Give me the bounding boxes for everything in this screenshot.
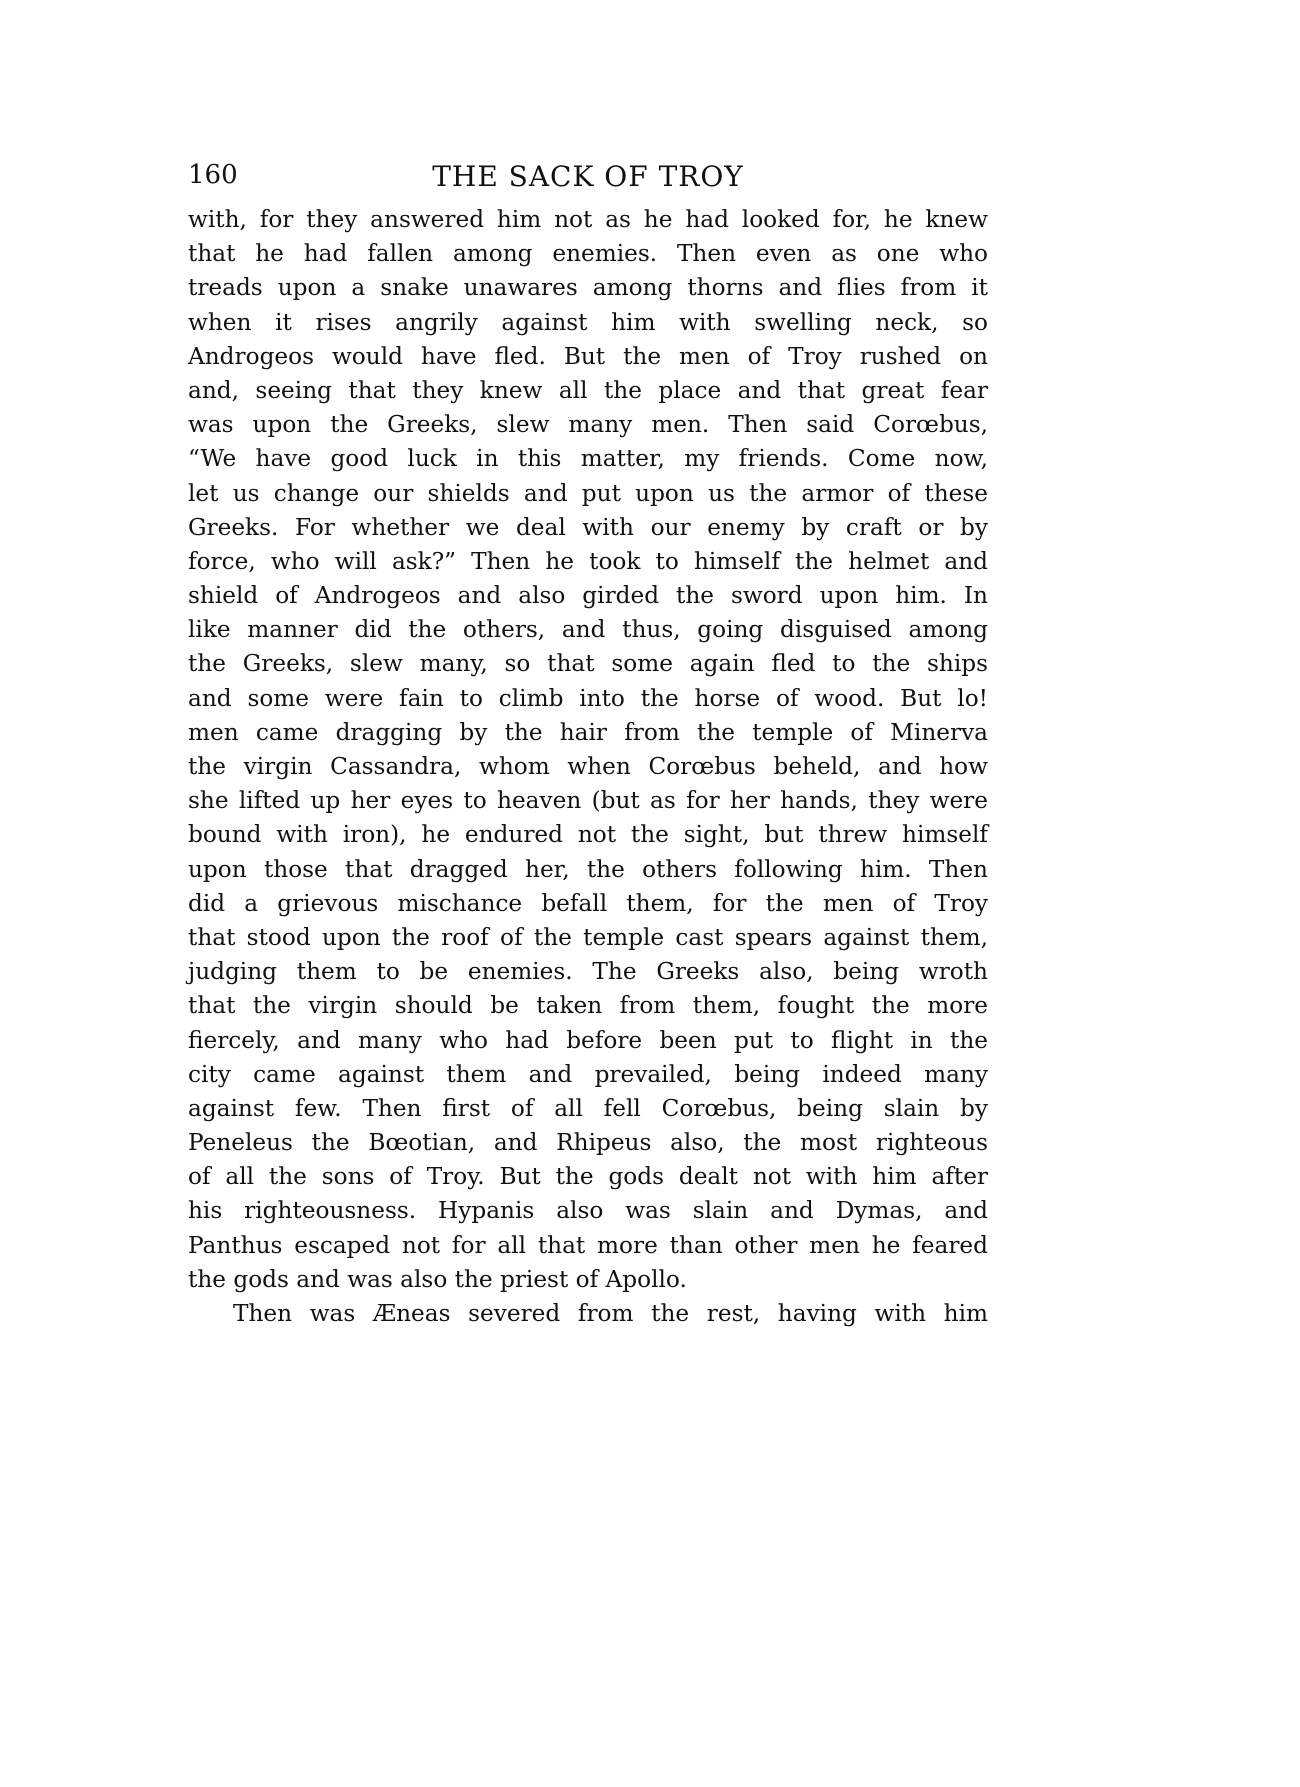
text-line: the Greeks, slew many, so that some agai… <box>188 647 988 681</box>
text-line: when it rises angrily against him with s… <box>188 306 988 340</box>
text-line: did a grievous mischance befall them, fo… <box>188 887 988 921</box>
text-line: his righteousness. Hypanis also was slai… <box>188 1194 988 1228</box>
text-line: like manner did the others, and thus, go… <box>188 613 988 647</box>
text-line: of all the sons of Troy. But the gods de… <box>188 1160 988 1194</box>
text-line: men came dragging by the hair from the t… <box>188 716 988 750</box>
text-line: treads upon a snake unawares among thorn… <box>188 271 988 305</box>
text-line: Androgeos would have fled. But the men o… <box>188 340 988 374</box>
text-line: the virgin Cassandra, whom when Corœbus … <box>188 750 988 784</box>
body-text: with, for they answered him not as he ha… <box>188 203 988 1331</box>
text-line: that stood upon the roof of the temple c… <box>188 921 988 955</box>
text-line: upon those that dragged her, the others … <box>188 853 988 887</box>
text-line: let us change our shields and put upon u… <box>188 477 988 511</box>
text-line: bound with iron), he endured not the sig… <box>188 818 988 852</box>
text-line: was upon the Greeks, slew many men. Then… <box>188 408 988 442</box>
text-line: and, seeing that they knew all the place… <box>188 374 988 408</box>
text-line: with, for they answered him not as he ha… <box>188 203 988 237</box>
text-line: judging them to be enemies. The Greeks a… <box>188 955 988 989</box>
page-header: 160 THE SACK OF TROY <box>188 160 988 200</box>
text-line: she lifted up her eyes to heaven (but as… <box>188 784 988 818</box>
text-line: city came against them and prevailed, be… <box>188 1058 988 1092</box>
text-line: that he had fallen among enemies. Then e… <box>188 237 988 271</box>
text-line: “We have good luck in this matter, my fr… <box>188 442 988 476</box>
text-line: shield of Androgeos and also girded the … <box>188 579 988 613</box>
text-line: force, who will ask?” Then he took to hi… <box>188 545 988 579</box>
text-line: that the virgin should be taken from the… <box>188 989 988 1023</box>
text-line: and some were fain to climb into the hor… <box>188 682 988 716</box>
text-line: Peneleus the Bœotian, and Rhipeus also, … <box>188 1126 988 1160</box>
text-line: Greeks. For whether we deal with our ene… <box>188 511 988 545</box>
text-line: fiercely, and many who had before been p… <box>188 1024 988 1058</box>
text-line: against few. Then first of all fell Corœ… <box>188 1092 988 1126</box>
text-line: the gods and was also the priest of Apol… <box>188 1263 988 1297</box>
text-line: Panthus escaped not for all that more th… <box>188 1229 988 1263</box>
book-page: 160 THE SACK OF TROY with, for they answ… <box>0 0 1300 1787</box>
running-title: THE SACK OF TROY <box>188 160 988 193</box>
paragraph-start-line: Then was Æneas severed from the rest, ha… <box>188 1297 988 1331</box>
